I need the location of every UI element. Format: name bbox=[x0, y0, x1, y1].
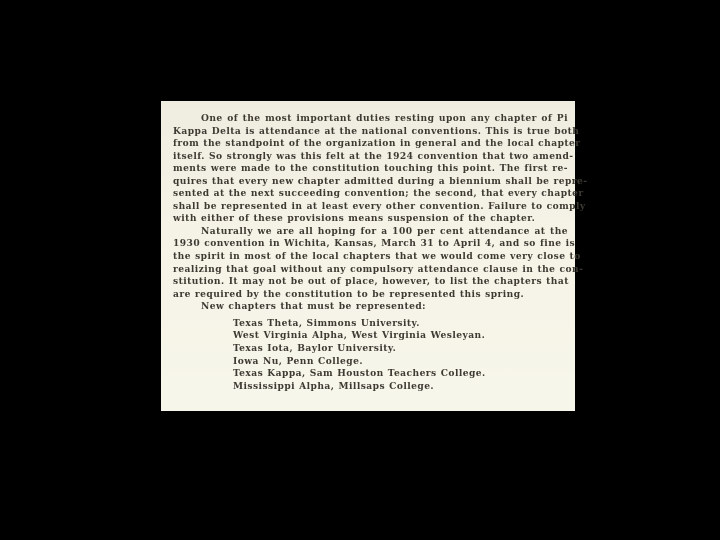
chapter-list-item: Texas Theta, Simmons University. bbox=[233, 318, 568, 331]
chapter-list-item: Mississippi Alpha, Millsaps College. bbox=[233, 381, 568, 394]
paragraph-1930-convention: Naturally we are all hoping for a 100 pe… bbox=[173, 226, 568, 301]
chapter-list-item: Texas Kappa, Sam Houston Teachers Colleg… bbox=[233, 368, 568, 381]
text-line: One of the most important duties resting… bbox=[173, 113, 568, 126]
text-line: from the standpoint of the organization … bbox=[173, 138, 568, 151]
text-line: Kappa Delta is attendance at the nationa… bbox=[173, 126, 568, 139]
text-line: ments were made to the constitution touc… bbox=[173, 163, 568, 176]
chapter-list: Texas Theta, Simmons University. West Vi… bbox=[173, 318, 568, 394]
text-line: New chapters that must be represented: bbox=[173, 301, 568, 314]
text-line: sented at the next succeeding convention… bbox=[173, 188, 568, 201]
text-line: stitution. It may not be out of place, h… bbox=[173, 276, 568, 289]
paragraph-attendance-duty: One of the most important duties resting… bbox=[173, 113, 568, 226]
scanned-page: One of the most important duties resting… bbox=[161, 101, 575, 411]
text-line: are required by the constitution to be r… bbox=[173, 289, 568, 302]
text-line: the spirit in most of the local chapters… bbox=[173, 251, 568, 264]
text-line: Naturally we are all hoping for a 100 pe… bbox=[173, 226, 568, 239]
chapter-list-item: West Virginia Alpha, West Virginia Wesle… bbox=[233, 330, 568, 343]
text-line: with either of these provisions means su… bbox=[173, 213, 568, 226]
text-line: quires that every new chapter admitted d… bbox=[173, 176, 568, 189]
text-line: 1930 convention in Wichita, Kansas, Marc… bbox=[173, 238, 568, 251]
chapter-list-item: Texas Iota, Baylor University. bbox=[233, 343, 568, 356]
text-line: itself. So strongly was this felt at the… bbox=[173, 151, 568, 164]
text-line: realizing that goal without any compulso… bbox=[173, 264, 568, 277]
text-line: shall be represented in at least every o… bbox=[173, 201, 568, 214]
paragraph-list-intro: New chapters that must be represented: bbox=[173, 301, 568, 314]
chapter-list-item: Iowa Nu, Penn College. bbox=[233, 356, 568, 369]
